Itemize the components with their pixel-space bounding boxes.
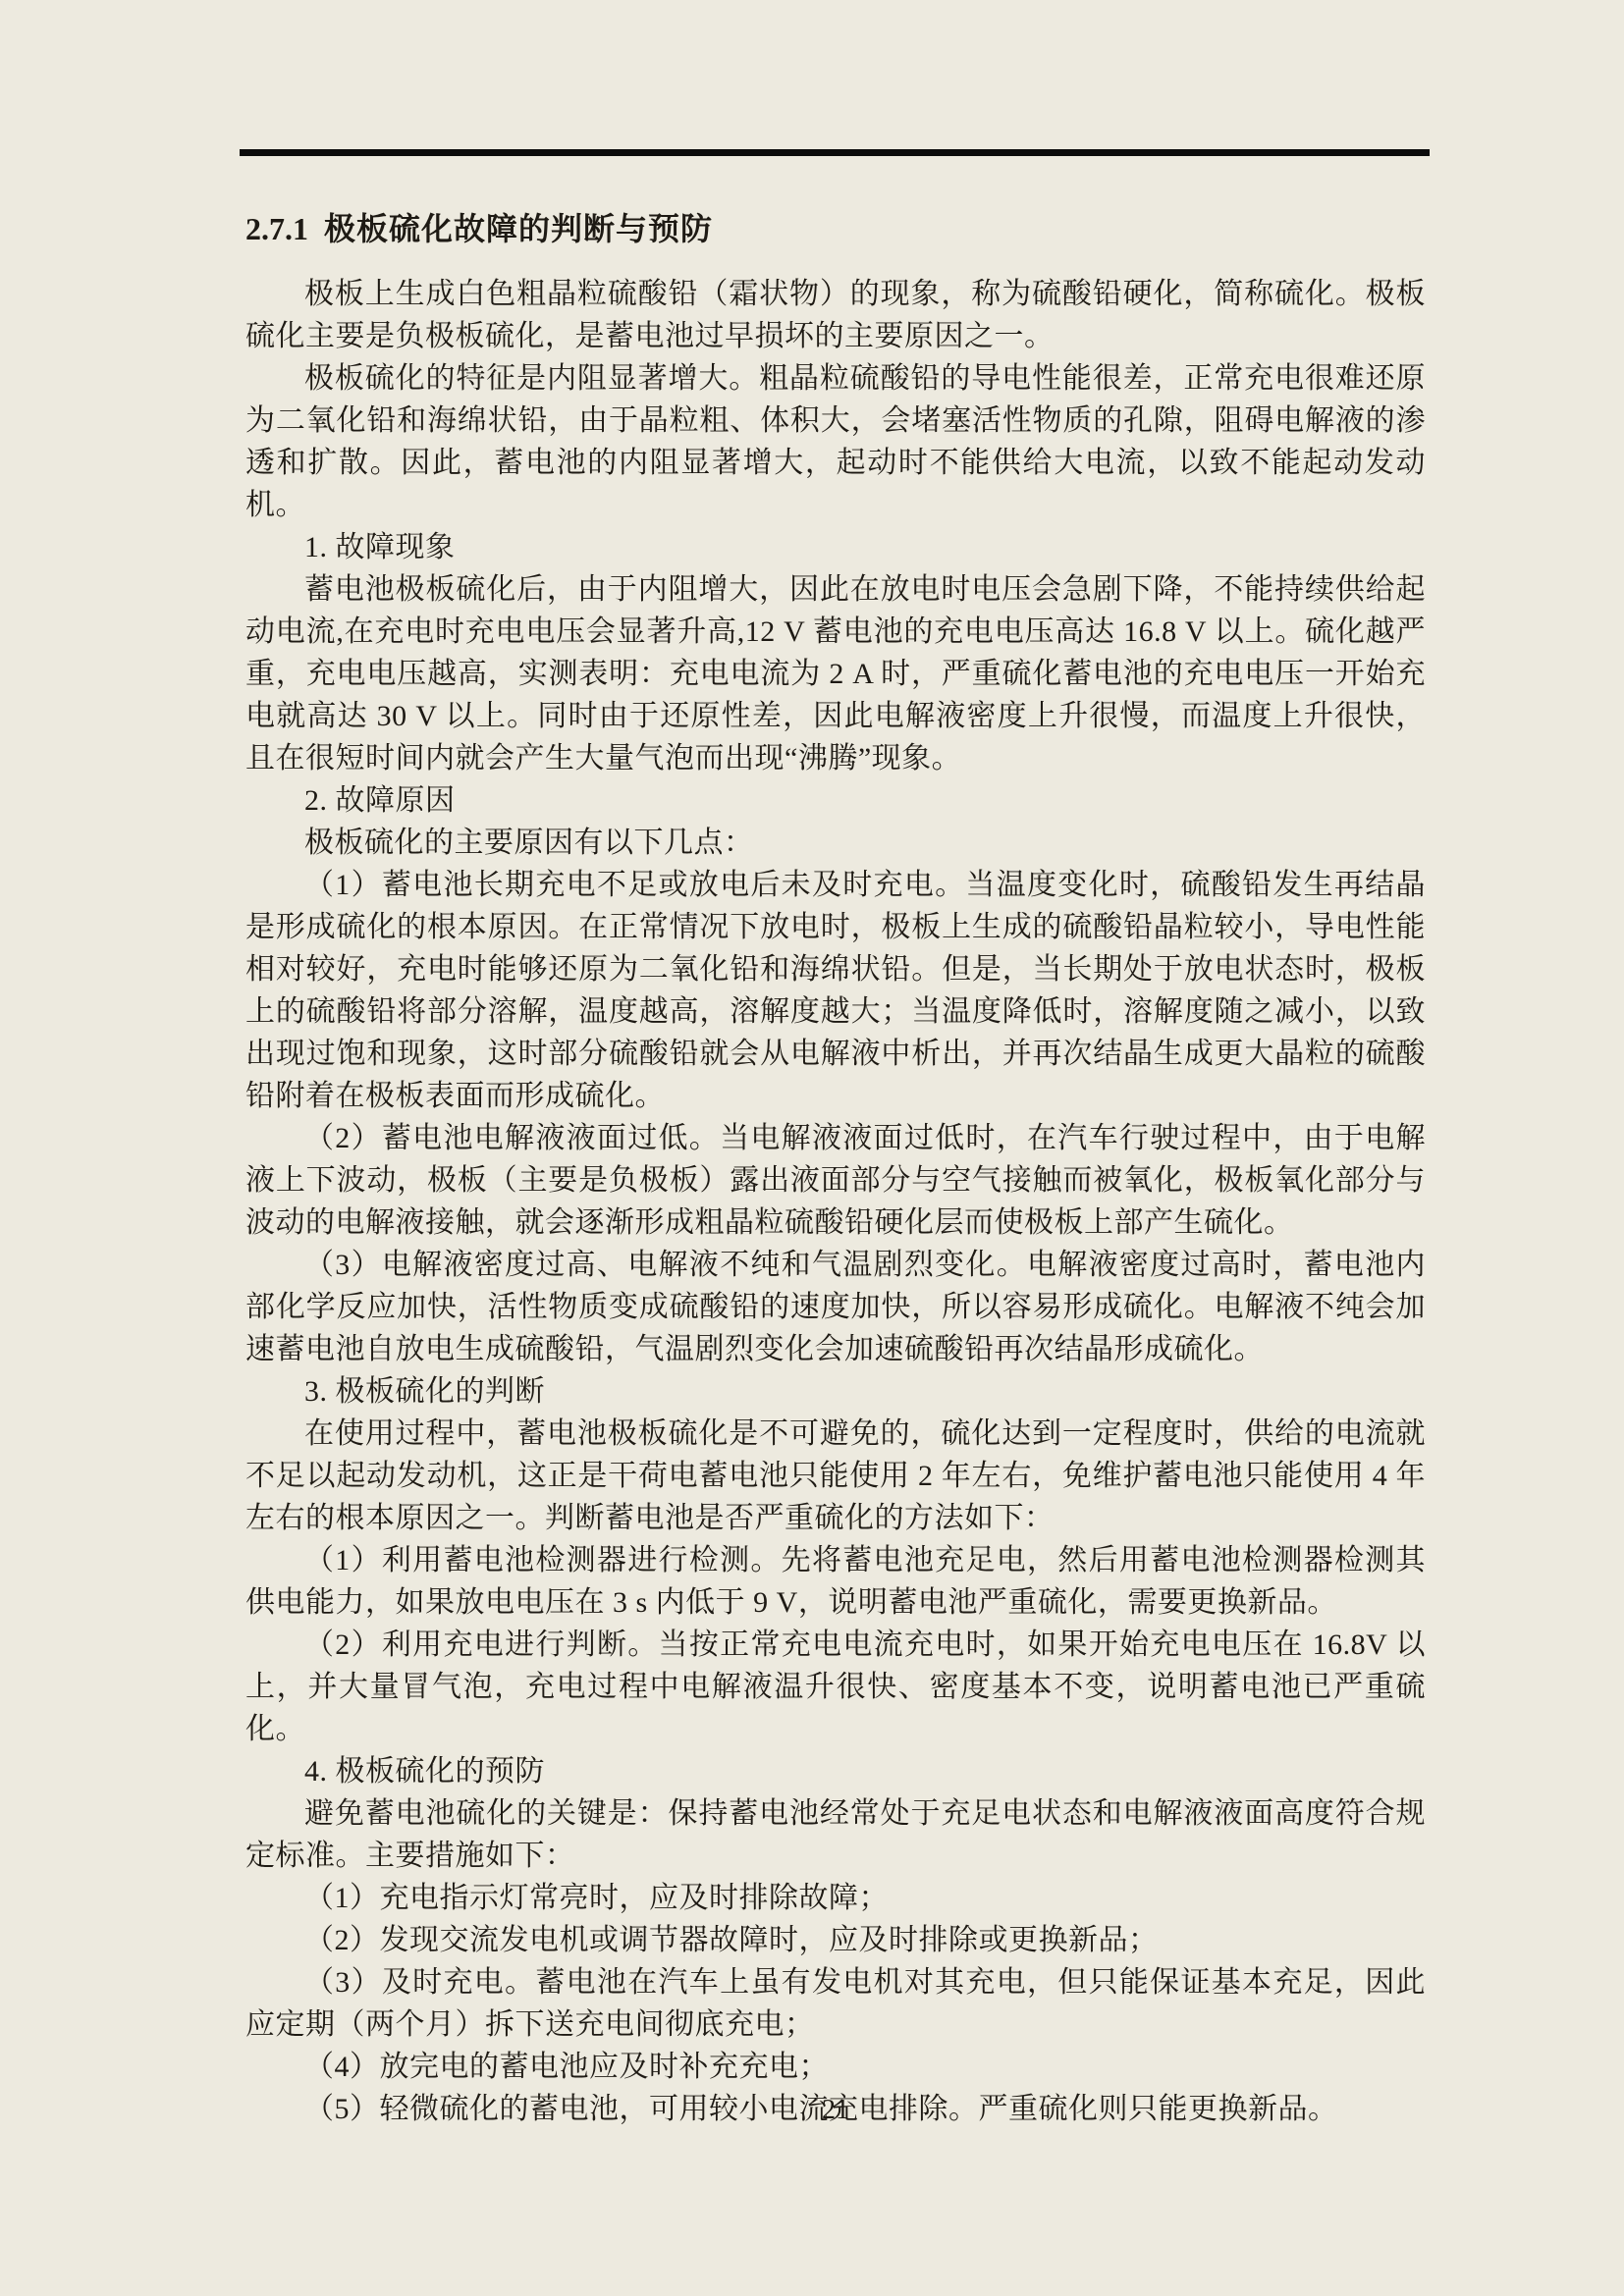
header-rule: [240, 149, 1430, 156]
paragraph: 避免蓄电池硫化的关键是：保持蓄电池经常处于充足电状态和电解液液面高度符合规定标准…: [245, 1792, 1426, 1877]
paragraph: （4）放完电的蓄电池应及时补充充电；: [245, 2046, 1426, 2088]
paragraph: （1）蓄电池长期充电不足或放电后未及时充电。当温度变化时，硫酸铅发生再结晶是形成…: [245, 864, 1426, 1117]
section-heading: 2.7.1极板硫化故障的判断与预防: [245, 206, 1426, 251]
paragraph: （1）利用蓄电池检测器进行检测。先将蓄电池充足电，然后用蓄电池检测器检测其供电能…: [245, 1539, 1426, 1624]
paragraph: 极板硫化的主要原因有以下几点：: [245, 822, 1426, 864]
paragraph: （3）及时充电。蓄电池在汽车上虽有发电机对其充电，但只能保证基本充足，因此应定期…: [245, 1961, 1426, 2046]
document-content: 2.7.1极板硫化故障的判断与预防 极板上生成白色粗晶粒硫酸铅（霜状物）的现象，…: [245, 206, 1426, 2130]
paragraph: （1）充电指示灯常亮时，应及时排除故障；: [245, 1877, 1426, 1919]
sub-heading: 2. 故障原因: [245, 779, 1426, 822]
paragraph: 极板硫化的特征是内阻显著增大。粗晶粒硫酸铅的导电性能很差，正常充电很难还原为二氧…: [245, 357, 1426, 526]
section-title: 极板硫化故障的判断与预防: [324, 211, 713, 246]
paragraph: （2）利用充电进行判断。当按正常充电电流充电时，如果开始充电电压在 16.8V …: [245, 1624, 1426, 1750]
section-number: 2.7.1: [245, 211, 308, 246]
document-page: 2.7.1极板硫化故障的判断与预防 极板上生成白色粗晶粒硫酸铅（霜状物）的现象，…: [0, 0, 1624, 2296]
paragraph: 极板上生成白色粗晶粒硫酸铅（霜状物）的现象，称为硫酸铅硬化，简称硫化。极板硫化主…: [245, 273, 1426, 357]
page-number: 21: [245, 2094, 1426, 2127]
paragraph: （2）蓄电池电解液液面过低。当电解液液面过低时，在汽车行驶过程中，由于电解液上下…: [245, 1117, 1426, 1244]
paragraphs-container: 极板上生成白色粗晶粒硫酸铅（霜状物）的现象，称为硫酸铅硬化，简称硫化。极板硫化主…: [245, 273, 1426, 2130]
paragraph: （3）电解液密度过高、电解液不纯和气温剧烈变化。电解液密度过高时，蓄电池内部化学…: [245, 1244, 1426, 1370]
sub-heading: 1. 故障现象: [245, 526, 1426, 568]
sub-heading: 3. 极板硫化的判断: [245, 1370, 1426, 1413]
paragraph: 蓄电池极板硫化后，由于内阻增大，因此在放电时电压会急剧下降，不能持续供给起动电流…: [245, 568, 1426, 779]
sub-heading: 4. 极板硫化的预防: [245, 1750, 1426, 1792]
paragraph: （2）发现交流发电机或调节器故障时，应及时排除或更换新品；: [245, 1919, 1426, 1961]
paragraph: 在使用过程中，蓄电池极板硫化是不可避免的，硫化达到一定程度时，供给的电流就不足以…: [245, 1413, 1426, 1539]
